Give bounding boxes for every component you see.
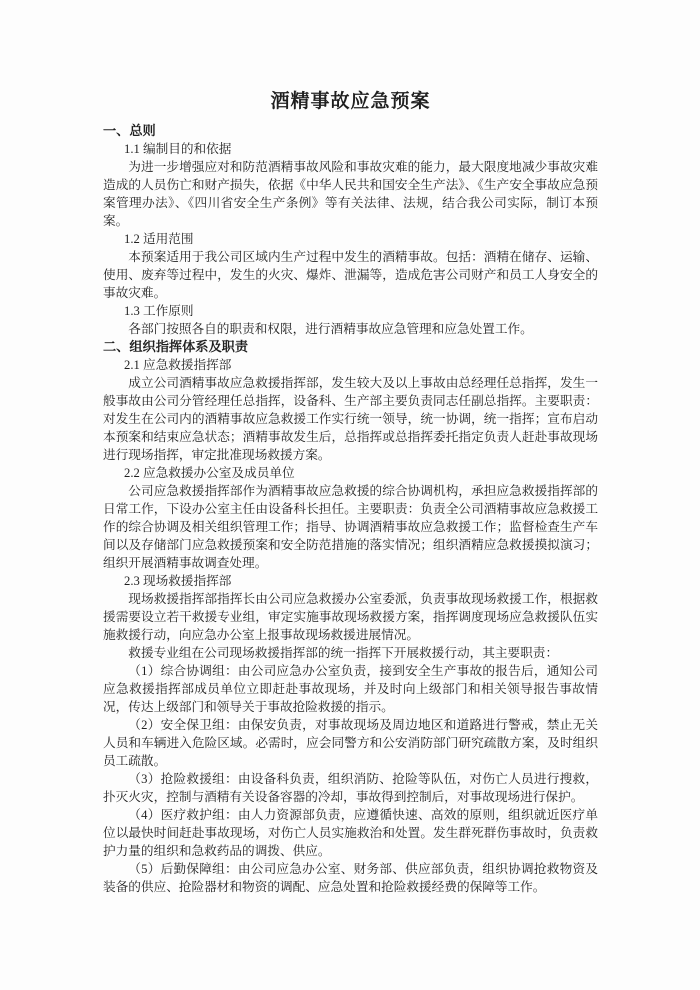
subsection-heading: 2.2 应急救援办公室及成员单位 <box>103 464 598 482</box>
paragraph: 成立公司酒精事故应急救援指挥部，发生较大及以上事故由总经理任总指挥，发生一般事故… <box>103 374 598 464</box>
paragraph: 各部门按照各自的职责和权限，进行酒精事故应急管理和应急处置工作。 <box>103 320 598 338</box>
paragraph: 为进一步增强应对和防范酒精事故风险和事故灾难的能力，最大限度地减少事故灾难造成的… <box>103 158 598 230</box>
paragraph: （3）抢险救援组：由设备科负责，组织消防、抢险等队伍，对伤亡人员进行搜救，扑灭火… <box>103 770 598 806</box>
paragraph: （4）医疗救护组：由人力资源部负责，应遵循快速、高效的原则，组织就近医疗单位以最… <box>103 806 598 860</box>
subsection-heading: 2.1 应急救援指挥部 <box>103 356 598 374</box>
paragraph: （1）综合协调组：由公司应急办公室负责，接到安全生产事故的报告后，通知公司应急救… <box>103 662 598 716</box>
paragraph: 本预案适用于我公司区域内生产过程中发生的酒精事故。包括：酒精在储存、运输、使用、… <box>103 248 598 302</box>
section-heading: 二、组织指挥体系及职责 <box>103 338 598 356</box>
paragraph: （5）后勤保障组：由公司应急办公室、财务部、供应部负责，组织协调抢救物资及装备的… <box>103 860 598 896</box>
document-body: 一、总则1.1 编制目的和依据为进一步增强应对和防范酒精事故风险和事故灾难的能力… <box>103 122 598 896</box>
paragraph: （2）安全保卫组：由保安负责，对事故现场及周边地区和道路进行警戒，禁止无关人员和… <box>103 716 598 770</box>
document-title: 酒精事故应急预案 <box>103 90 598 114</box>
subsection-heading: 1.2 适用范围 <box>103 230 598 248</box>
paragraph: 救援专业组在公司现场救援指挥部的统一指挥下开展救援行动，其主要职责： <box>103 644 598 662</box>
paragraph: 现场救援指挥部指挥长由公司应急救援办公室委派，负责事故现场救援工作，根据救援需要… <box>103 590 598 644</box>
document-page: 酒精事故应急预案 一、总则1.1 编制目的和依据为进一步增强应对和防范酒精事故风… <box>0 0 700 990</box>
subsection-heading: 2.3 现场救援指挥部 <box>103 572 598 590</box>
subsection-heading: 1.1 编制目的和依据 <box>103 140 598 158</box>
subsection-heading: 1.3 工作原则 <box>103 302 598 320</box>
paragraph: 公司应急救援指挥部作为酒精事故应急救援的综合协调机构，承担应急救援指挥部的日常工… <box>103 482 598 572</box>
section-heading: 一、总则 <box>103 122 598 140</box>
